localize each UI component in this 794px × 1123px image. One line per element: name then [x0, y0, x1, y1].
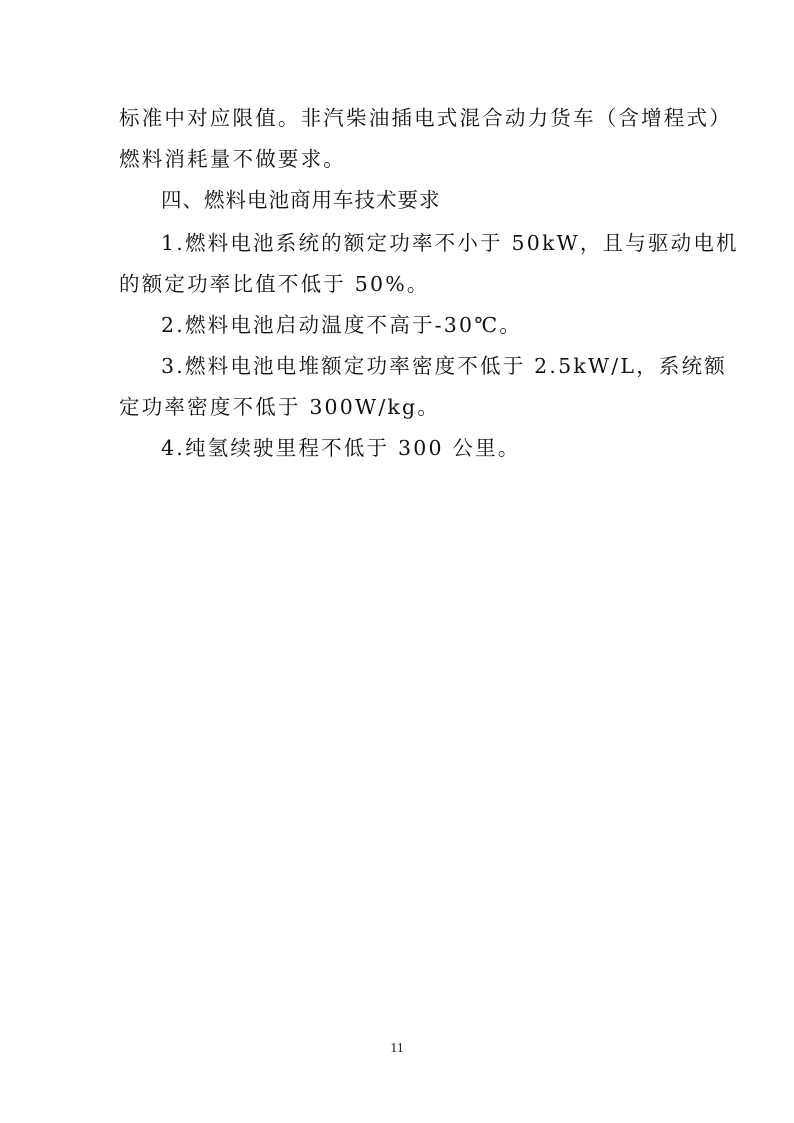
list-item-line: 3.燃料电池电堆额定功率密度不低于 2.5kW/L，系统额: [161, 354, 689, 378]
list-item-line: 2.燃料电池启动温度不高于-30℃。: [161, 313, 689, 337]
list-item-line: 1.燃料电池系统的额定功率不小于 50kW，且与驱动电机: [161, 231, 689, 255]
list-item-line: 4.纯氢续驶里程不低于 300 公里。: [161, 436, 689, 460]
paragraph-line: 燃料消耗量不做要求。: [119, 147, 689, 171]
list-item-line: 定功率密度不低于 300W/kg。: [119, 395, 689, 419]
paragraph-line: 标准中对应限值。非汽柴油插电式混合动力货车（含增程式）: [119, 106, 689, 130]
list-item-line: 的额定功率比值不低于 50%。: [119, 272, 689, 296]
page-number: 11: [0, 1041, 794, 1057]
document-page: 标准中对应限值。非汽柴油插电式混合动力货车（含增程式） 燃料消耗量不做要求。 四…: [0, 0, 794, 1123]
section-heading: 四、燃料电池商用车技术要求: [161, 188, 689, 212]
